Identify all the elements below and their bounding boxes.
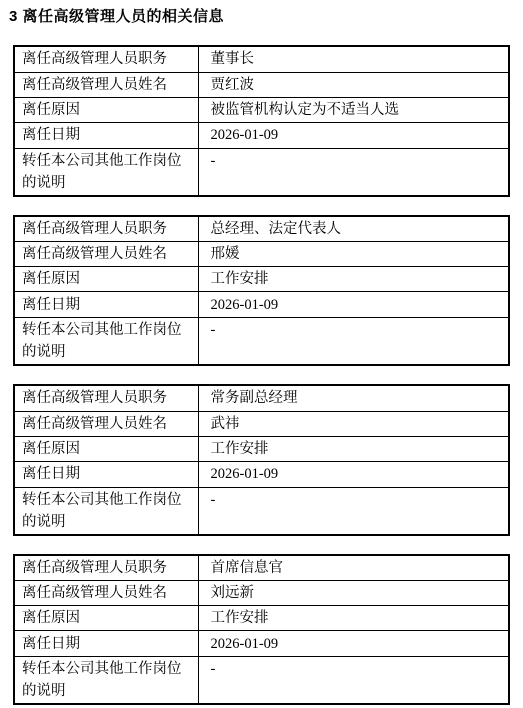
field-label: 离任原因 (14, 267, 198, 292)
field-label: 离任日期 (14, 631, 198, 657)
table-row-reason: 离任原因 工作安排 (14, 606, 509, 631)
tables-container: 离任高级管理人员职务 董事长 离任高级管理人员姓名 贾红波 离任原因 被监管机构… (0, 45, 523, 705)
field-value: - (198, 318, 509, 366)
field-label: 转任本公司其他工作岗位 的说明 (14, 318, 198, 366)
field-label: 离任日期 (14, 122, 198, 148)
table-row-transfer-note: 转任本公司其他工作岗位 的说明 - (14, 657, 509, 705)
field-value: - (198, 148, 509, 196)
field-value: 武祎 (198, 411, 509, 436)
table-row-name: 离任高级管理人员姓名 贾红波 (14, 72, 509, 97)
departure-info-table-2: 离任高级管理人员职务 总经理、法定代表人 离任高级管理人员姓名 邢媛 离任原因 … (13, 215, 510, 367)
field-value: 刘远新 (198, 581, 509, 606)
table-row-date: 离任日期 2026-01-09 (14, 292, 509, 318)
field-label: 离任原因 (14, 97, 198, 122)
table-row-reason: 离任原因 工作安排 (14, 436, 509, 461)
field-value: 贾红波 (198, 72, 509, 97)
departure-info-table-3: 离任高级管理人员职务 常务副总经理 离任高级管理人员姓名 武祎 离任原因 工作安… (13, 384, 510, 536)
field-value: 常务副总经理 (198, 385, 509, 411)
field-label: 离任高级管理人员姓名 (14, 411, 198, 436)
table-row-date: 离任日期 2026-01-09 (14, 631, 509, 657)
document-page: 3 离任高级管理人员的相关信息 离任高级管理人员职务 董事长 离任高级管理人员姓… (0, 8, 523, 705)
field-value: 董事长 (198, 46, 509, 72)
field-value: 2026-01-09 (198, 631, 509, 657)
field-label: 离任原因 (14, 606, 198, 631)
table-row-transfer-note: 转任本公司其他工作岗位 的说明 - (14, 318, 509, 366)
field-value: 2026-01-09 (198, 292, 509, 318)
table-row-position: 离任高级管理人员职务 董事长 (14, 46, 509, 72)
field-label: 离任高级管理人员职务 (14, 46, 198, 72)
field-label: 离任日期 (14, 292, 198, 318)
table-row-position: 离任高级管理人员职务 常务副总经理 (14, 385, 509, 411)
field-value: 邢媛 (198, 242, 509, 267)
field-value: 工作安排 (198, 267, 509, 292)
field-value: - (198, 657, 509, 705)
field-label: 离任高级管理人员姓名 (14, 72, 198, 97)
field-label: 离任高级管理人员姓名 (14, 242, 198, 267)
field-value: 总经理、法定代表人 (198, 216, 509, 242)
field-label: 转任本公司其他工作岗位 的说明 (14, 148, 198, 196)
table-row-position: 离任高级管理人员职务 总经理、法定代表人 (14, 216, 509, 242)
field-label: 离任高级管理人员职务 (14, 385, 198, 411)
table-row-name: 离任高级管理人员姓名 刘远新 (14, 581, 509, 606)
table-row-date: 离任日期 2026-01-09 (14, 461, 509, 487)
departure-info-table-1: 离任高级管理人员职务 董事长 离任高级管理人员姓名 贾红波 离任原因 被监管机构… (13, 45, 510, 197)
field-value: 首席信息官 (198, 555, 509, 581)
table-row-position: 离任高级管理人员职务 首席信息官 (14, 555, 509, 581)
field-label: 离任日期 (14, 461, 198, 487)
field-label: 离任高级管理人员姓名 (14, 581, 198, 606)
field-label: 转任本公司其他工作岗位 的说明 (14, 487, 198, 535)
field-label: 转任本公司其他工作岗位 的说明 (14, 657, 198, 705)
departure-info-table-4: 离任高级管理人员职务 首席信息官 离任高级管理人员姓名 刘远新 离任原因 工作安… (13, 554, 510, 706)
table-row-date: 离任日期 2026-01-09 (14, 122, 509, 148)
table-row-transfer-note: 转任本公司其他工作岗位 的说明 - (14, 148, 509, 196)
field-value: 工作安排 (198, 606, 509, 631)
field-value: 2026-01-09 (198, 461, 509, 487)
table-row-reason: 离任原因 工作安排 (14, 267, 509, 292)
field-label: 离任高级管理人员职务 (14, 555, 198, 581)
section-title: 3 离任高级管理人员的相关信息 (9, 8, 523, 25)
field-label: 离任原因 (14, 436, 198, 461)
table-row-reason: 离任原因 被监管机构认定为不适当人选 (14, 97, 509, 122)
field-label: 离任高级管理人员职务 (14, 216, 198, 242)
field-value: - (198, 487, 509, 535)
field-value: 2026-01-09 (198, 122, 509, 148)
table-row-name: 离任高级管理人员姓名 邢媛 (14, 242, 509, 267)
field-value: 工作安排 (198, 436, 509, 461)
table-row-name: 离任高级管理人员姓名 武祎 (14, 411, 509, 436)
table-row-transfer-note: 转任本公司其他工作岗位 的说明 - (14, 487, 509, 535)
field-value: 被监管机构认定为不适当人选 (198, 97, 509, 122)
